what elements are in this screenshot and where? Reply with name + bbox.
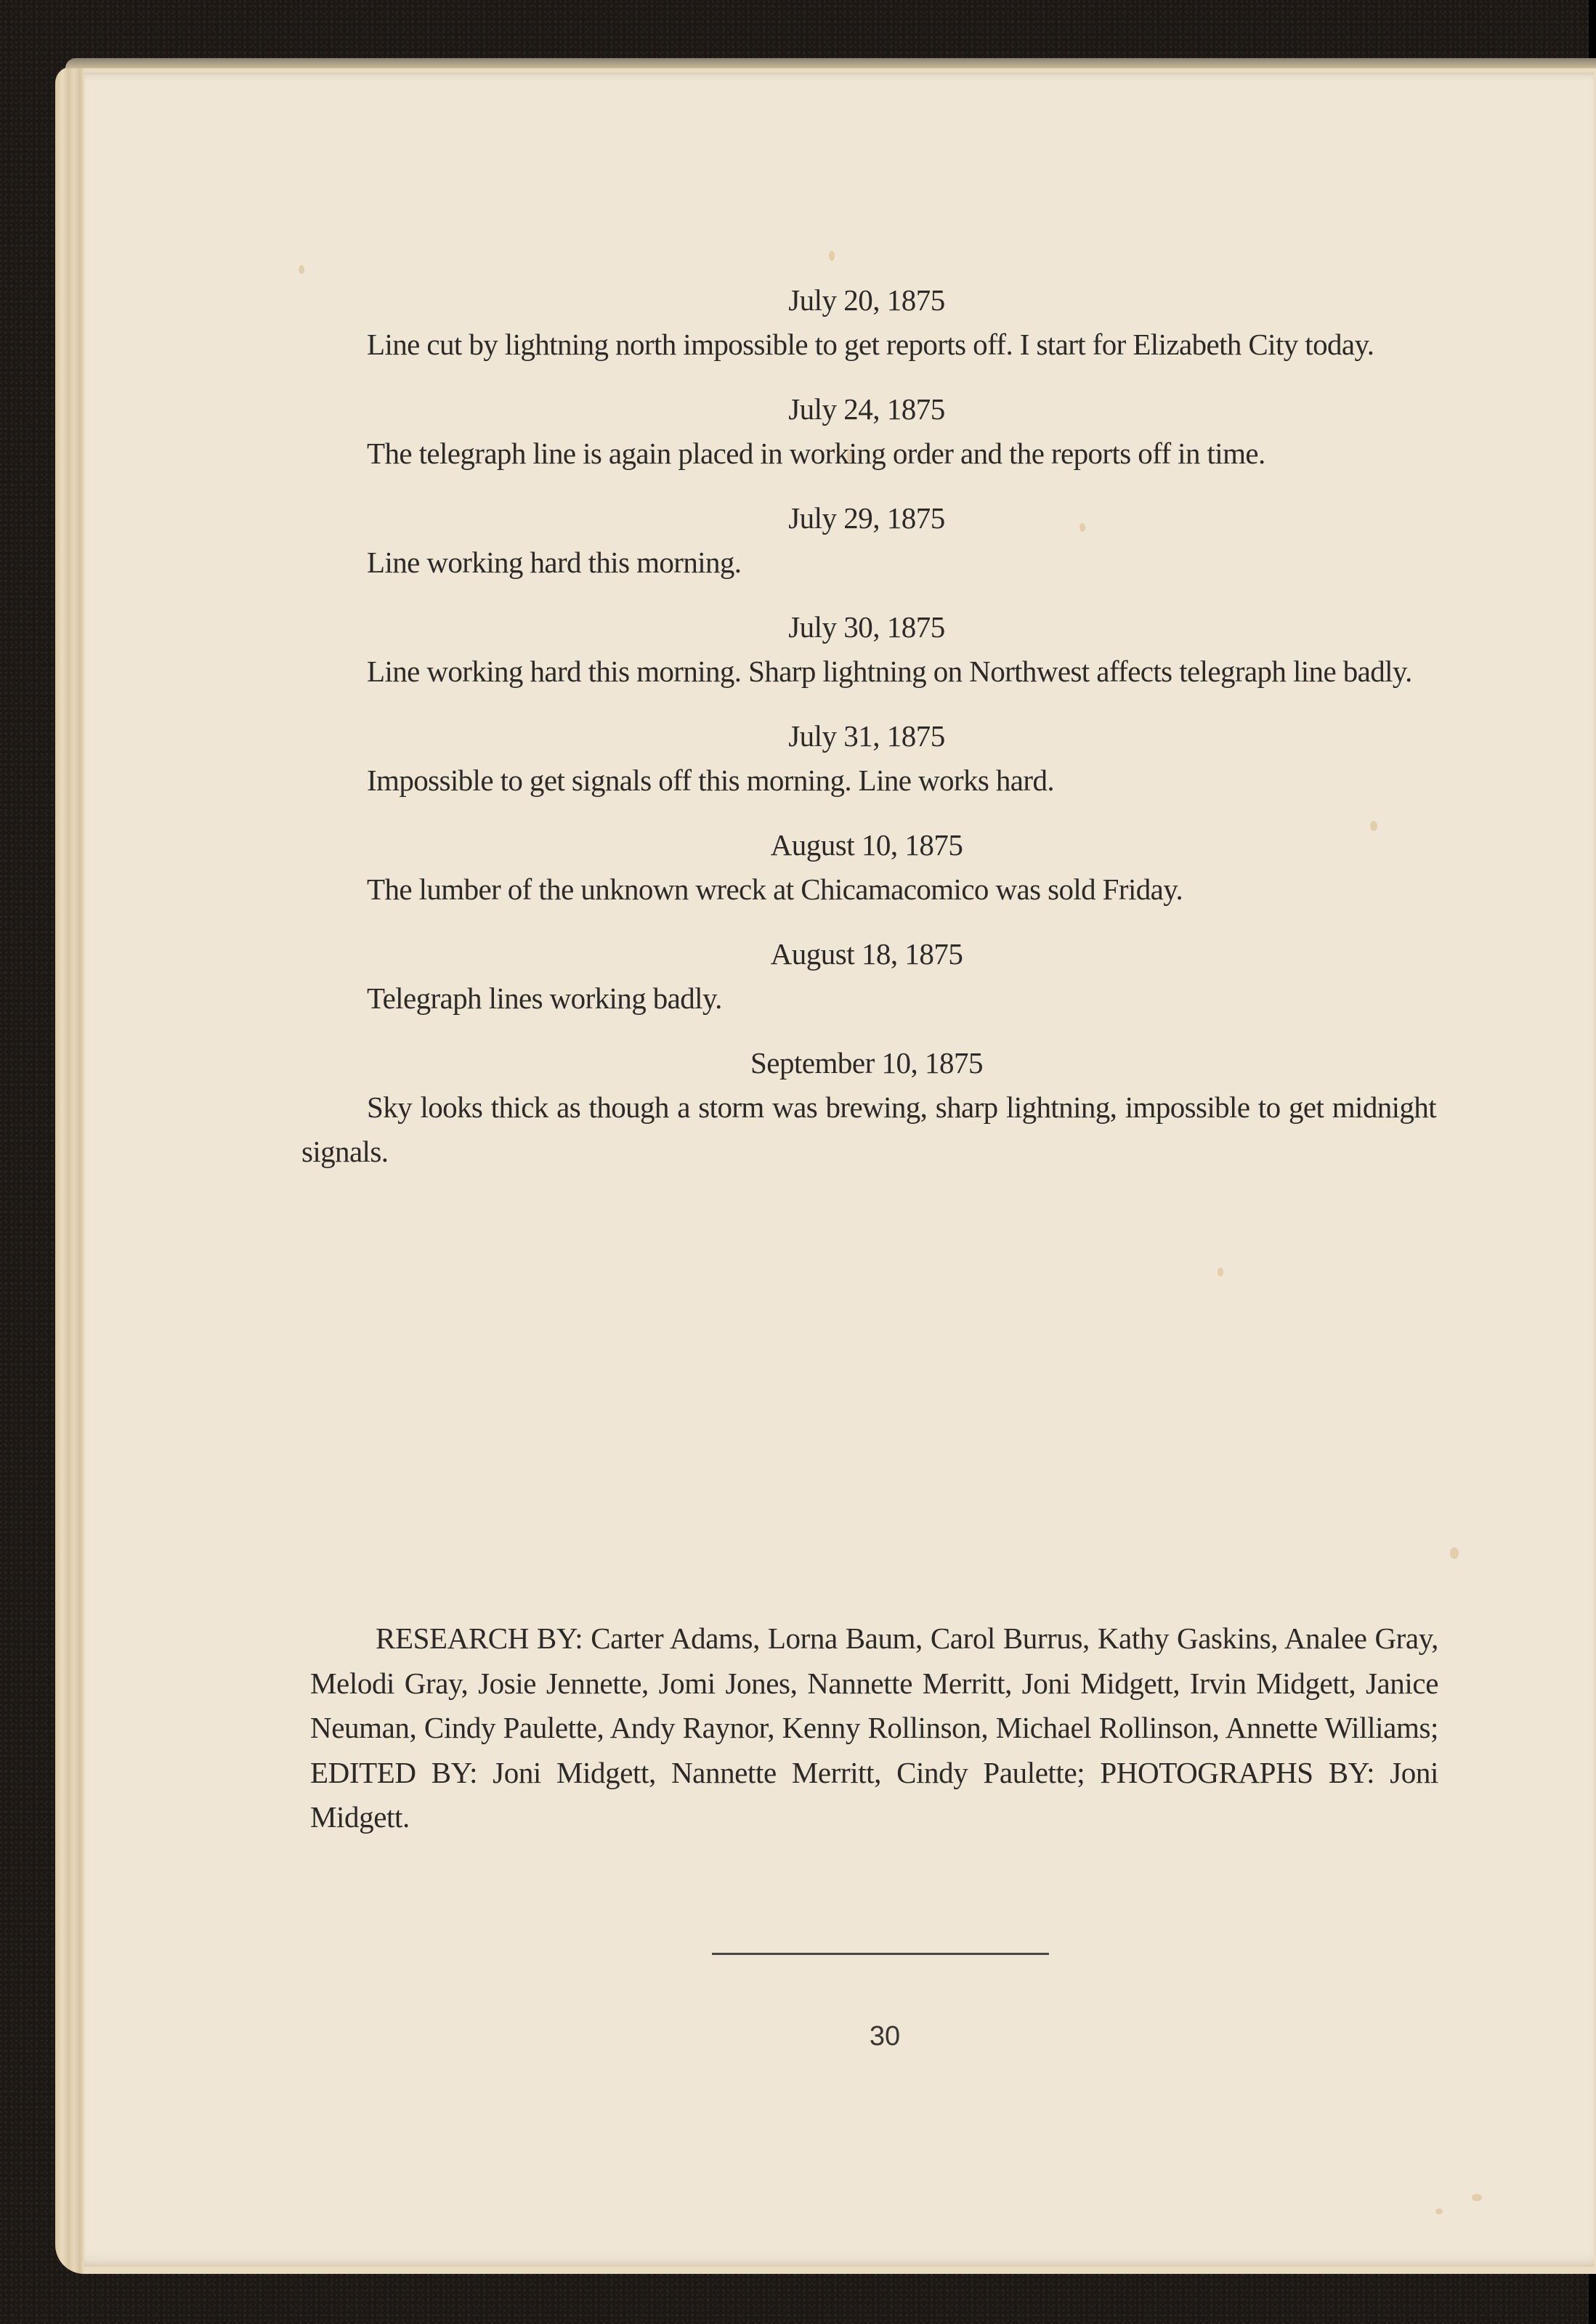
- diary-entries: July 20, 1875 Line cut by lightning nort…: [301, 278, 1436, 1194]
- diary-entry: August 10, 1875 The lumber of the unknow…: [301, 823, 1436, 912]
- diary-entry: August 18, 1875 Telegraph lines working …: [301, 932, 1436, 1021]
- entry-text: The lumber of the unknown wreck at Chica…: [301, 867, 1436, 912]
- foxing-spot: [1472, 2194, 1482, 2201]
- diary-entry: July 24, 1875 The telegraph line is agai…: [301, 387, 1436, 476]
- entry-date: July 24, 1875: [297, 387, 1436, 432]
- entry-text: Line working hard this morning.: [301, 540, 1436, 585]
- entry-text: Telegraph lines working badly.: [301, 976, 1436, 1021]
- entry-date: July 29, 1875: [297, 496, 1436, 540]
- entry-text: Line working hard this morning. Sharp li…: [301, 649, 1436, 694]
- diary-entry: July 20, 1875 Line cut by lightning nort…: [301, 278, 1436, 367]
- diary-entry: July 29, 1875 Line working hard this mor…: [301, 496, 1436, 585]
- page-top-edge: [65, 58, 1596, 68]
- entry-date: August 18, 1875: [297, 932, 1436, 976]
- entry-text: The telegraph line is again placed in wo…: [301, 432, 1436, 476]
- entry-date: July 30, 1875: [297, 605, 1436, 649]
- foxing-spot: [1435, 2208, 1443, 2214]
- page-number: 30: [834, 2021, 936, 2052]
- entry-text: Line cut by lightning north impossible t…: [301, 323, 1436, 367]
- foxing-spot: [299, 265, 304, 274]
- diary-entry: September 10, 1875 Sky looks thick as th…: [301, 1041, 1436, 1174]
- entry-text: Impossible to get signals off this morni…: [301, 758, 1436, 803]
- entry-date: July 31, 1875: [297, 714, 1436, 758]
- foxing-spot: [1218, 1268, 1223, 1276]
- footer-divider: [712, 1953, 1049, 1955]
- entry-date: July 20, 1875: [297, 278, 1436, 323]
- foxing-spot: [829, 251, 835, 261]
- diary-entry: July 30, 1875 Line working hard this mor…: [301, 605, 1436, 694]
- entry-text: Sky looks thick as though a storm was br…: [301, 1085, 1436, 1174]
- entry-date: August 10, 1875: [297, 823, 1436, 867]
- credits-paragraph: RESEARCH BY: Carter Adams, Lorna Baum, C…: [310, 1616, 1438, 1840]
- diary-entry: July 31, 1875 Impossible to get signals …: [301, 714, 1436, 803]
- entry-date: September 10, 1875: [297, 1041, 1436, 1085]
- foxing-spot: [1450, 1547, 1459, 1559]
